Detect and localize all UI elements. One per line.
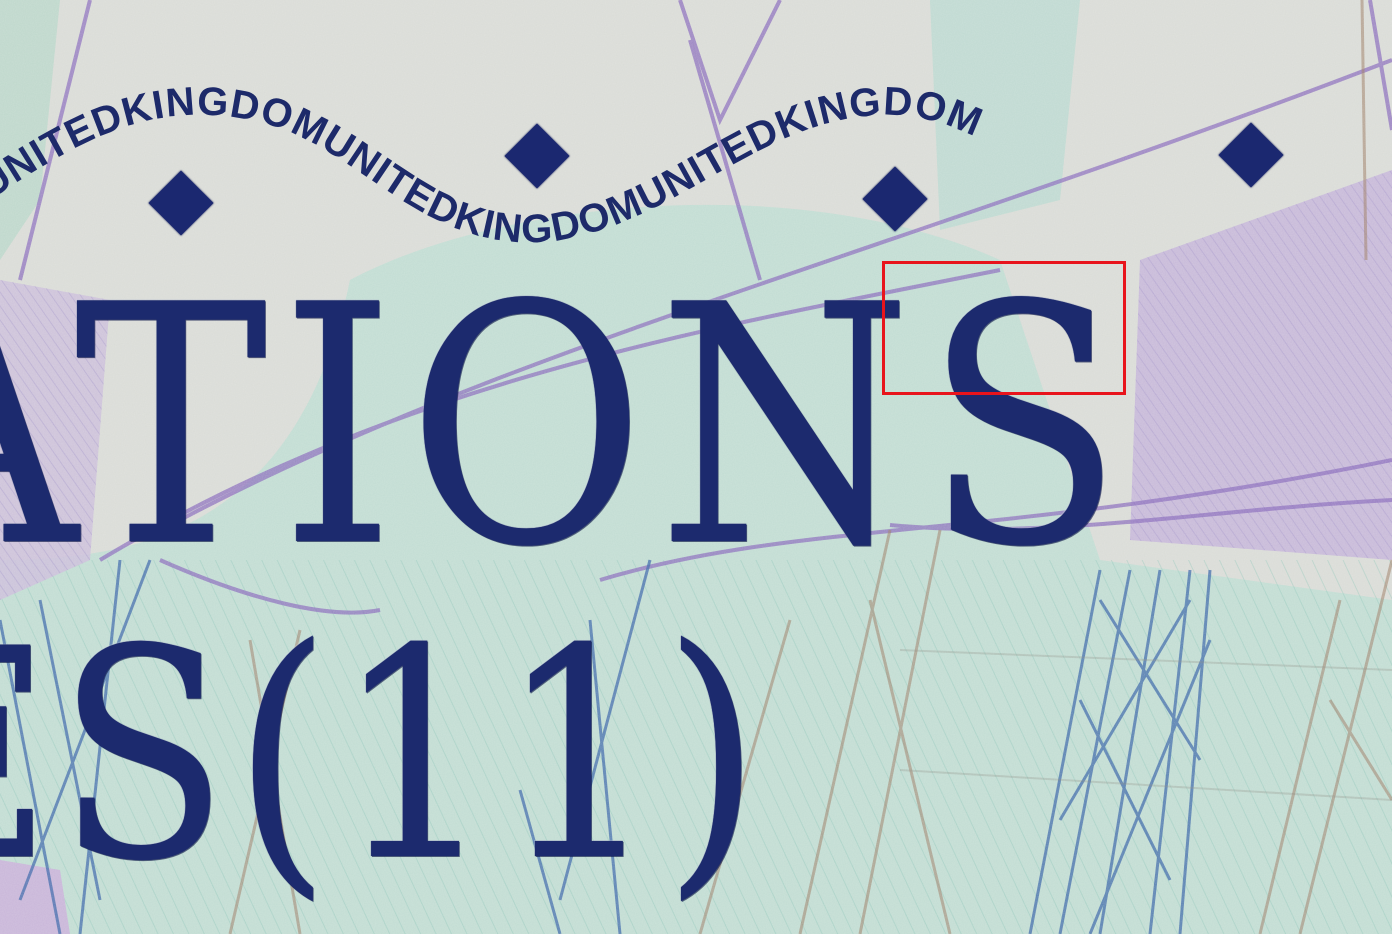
passport-photo: UNITEDKINGDOMUNITEDKINGDOMUNITEDKINGDOM … bbox=[0, 0, 1392, 934]
heading-line-2: ES(11) bbox=[0, 612, 766, 902]
highlight-box bbox=[882, 261, 1126, 395]
